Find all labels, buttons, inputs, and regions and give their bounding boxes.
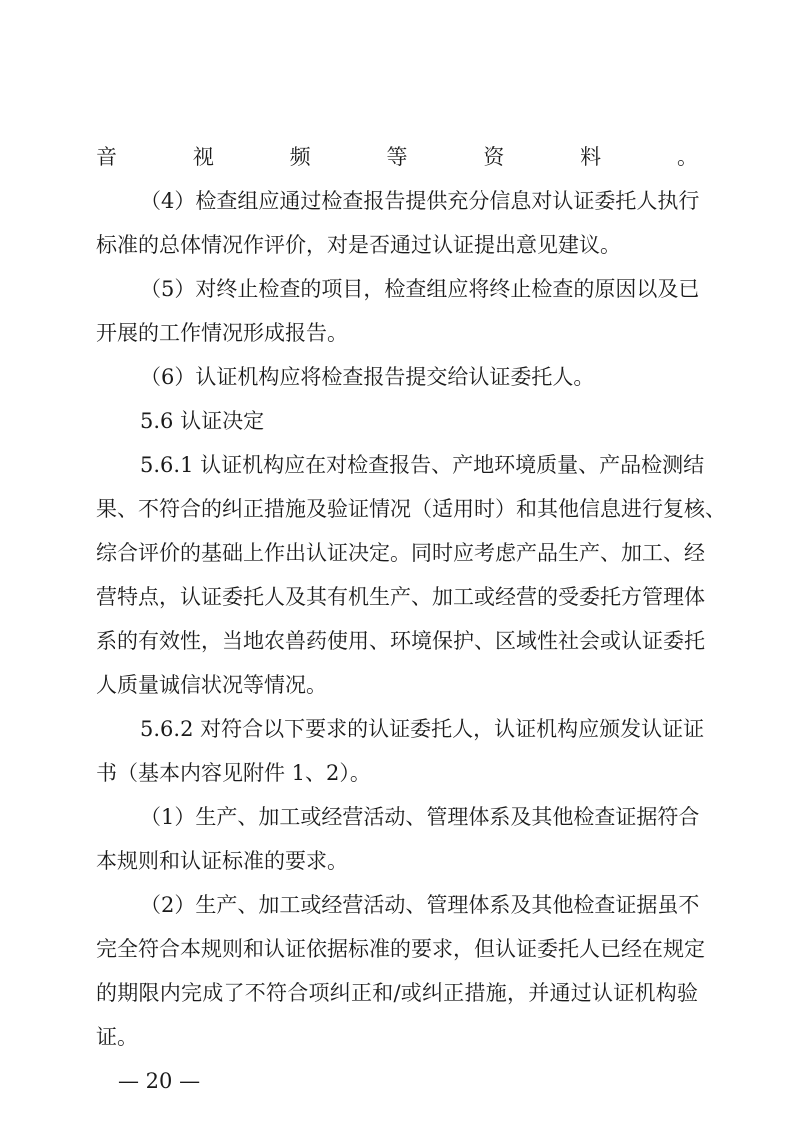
item-1-line-2: 本规则和认证标准的要求。: [96, 847, 698, 875]
item-2-line-3: 的期限内完成了不符合项纠正和/或纠正措施，并通过认证机构验: [96, 979, 698, 1007]
clause-5-6-2-line-2: 书（基本内容见附件 1、2）。: [96, 759, 698, 787]
section-heading-5-6: 5.6 认证决定: [140, 407, 698, 435]
item-2-line-4: 证。: [96, 1023, 698, 1051]
clause-5-6-1-line-3: 综合评价的基础上作出认证决定。同时应考虑产品生产、加工、经: [96, 539, 698, 567]
paragraph-6-line-1: （6）认证机构应将检查报告提交给认证委托人。: [140, 363, 698, 391]
paragraph-5-line-1: （5）对终止检查的项目，检查组应将终止检查的原因以及已: [140, 275, 698, 303]
item-1-line-1: （1）生产、加工或经营活动、管理体系及其他检查证据符合: [140, 803, 698, 831]
paragraph-5-line-2: 开展的工作情况形成报告。: [96, 319, 698, 347]
item-2-line-1: （2）生产、加工或经营活动、管理体系及其他检查证据虽不: [140, 891, 698, 919]
clause-5-6-1-line-1: 5.6.1 认证机构应在对检查报告、产地环境质量、产品检测结: [140, 451, 698, 479]
page-number: — 20 —: [118, 1067, 200, 1095]
clause-5-6-1-line-4: 营特点，认证委托人及其有机生产、加工或经营的受委托方管理体: [96, 583, 698, 611]
item-2-line-2: 完全符合本规则和认证依据标准的要求，但认证委托人已经在规定: [96, 935, 698, 963]
paragraph-4-line-2: 标准的总体情况作评价，对是否通过认证提出意见建议。: [96, 231, 698, 259]
clause-5-6-1-line-5: 系的有效性，当地农兽药使用、环境保护、区域性社会或认证委托: [96, 627, 698, 655]
clause-5-6-2-line-1: 5.6.2 对符合以下要求的认证委托人，认证机构应颁发认证证: [140, 715, 698, 743]
clause-5-6-1-line-6: 人质量诚信状况等情况。: [96, 671, 698, 699]
paragraph-4-line-1: （4）检查组应通过检查报告提供充分信息对认证委托人执行: [140, 187, 698, 215]
clause-5-6-1-line-2: 果、不符合的纠正措施及验证情况（适用时）和其他信息进行复核、: [96, 495, 698, 523]
text-line-0: 音视频等资料。: [96, 143, 698, 171]
document-page: 音视频等资料。 （4）检查组应通过检查报告提供充分信息对认证委托人执行 标准的总…: [0, 0, 794, 1123]
